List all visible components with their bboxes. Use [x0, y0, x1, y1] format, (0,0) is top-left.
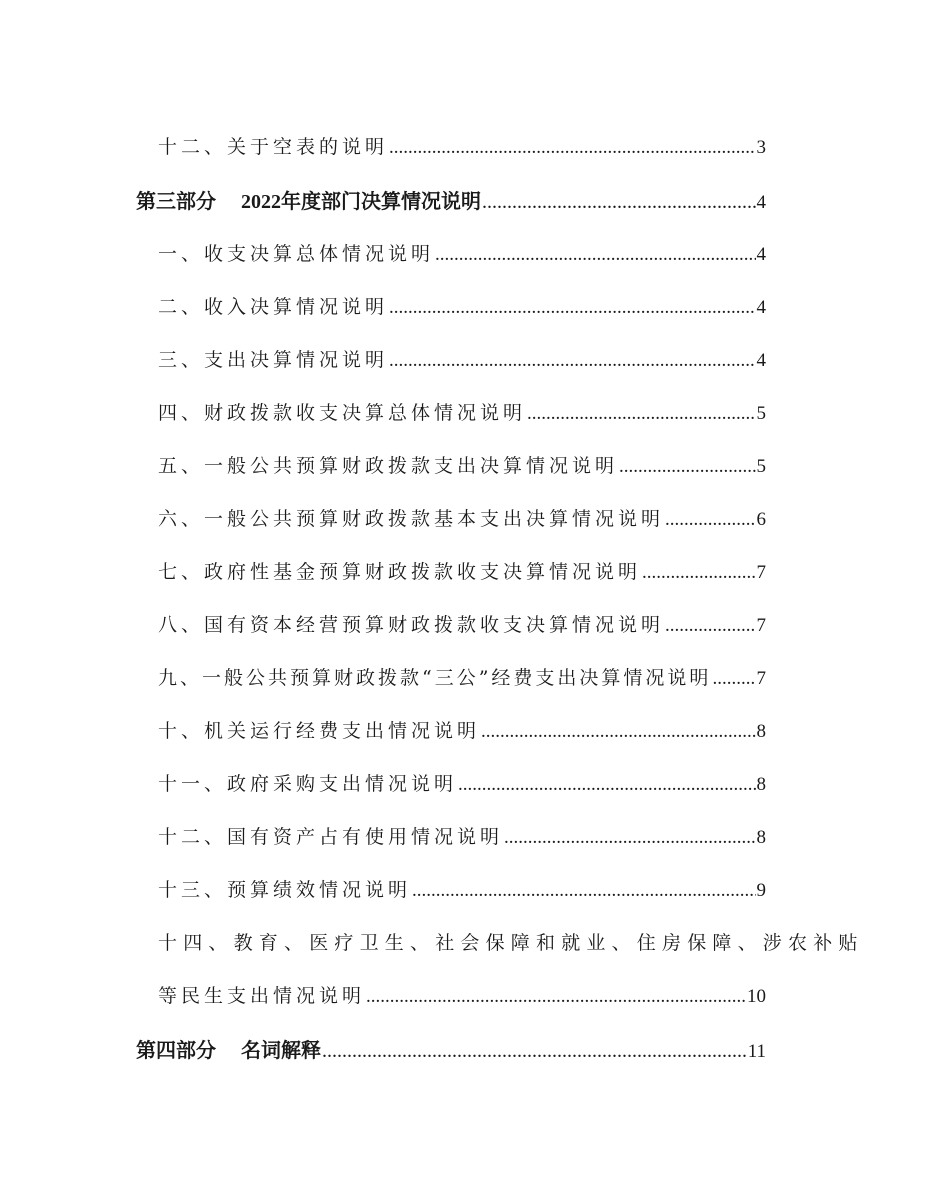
dot-leader: [504, 826, 755, 849]
toc-entry-label: 四、财政拨款收支决算总体情况说明: [158, 398, 526, 425]
toc-entry-label: 十三、预算绩效情况说明: [158, 875, 411, 902]
toc-part-heading[interactable]: 第四部分 名词解释 11: [136, 1034, 766, 1063]
toc-entry[interactable]: 十二、国有资产占有使用情况说明 8: [158, 822, 766, 849]
toc-entry-page: 10: [747, 986, 766, 1008]
toc-entry-label: 十一、政府采购支出情况说明: [158, 769, 457, 796]
toc-entry-label: 一、收支决算总体情况说明: [158, 239, 434, 266]
dot-leader: [712, 667, 755, 690]
toc-entry[interactable]: 十、机关运行经费支出情况说明 8: [158, 716, 766, 743]
dot-leader: [665, 508, 755, 531]
toc-entry-page: 5: [757, 403, 767, 425]
toc-part-heading[interactable]: 第三部分 2022年度部门决算情况说明 4: [136, 185, 766, 214]
dot-leader: [665, 614, 755, 637]
dot-leader: [458, 773, 755, 796]
toc-entry-label: 九、一般公共预算财政拨款“三公”经费支出决算情况说明: [158, 663, 711, 690]
toc-entry-page: 4: [757, 350, 767, 372]
toc-entry-label: 五、一般公共预算财政拨款支出决算情况说明: [158, 451, 618, 478]
toc-entry-page: 8: [757, 774, 767, 796]
toc-entry[interactable]: 十三、预算绩效情况说明 9: [158, 875, 766, 902]
toc-entry[interactable]: 四、财政拨款收支决算总体情况说明 5: [158, 398, 766, 425]
toc-entry-page: 11: [748, 1041, 766, 1063]
toc-entry-page: 6: [757, 509, 767, 531]
toc-entry-label: 等民生支出情况说明: [158, 981, 365, 1008]
toc-entry[interactable]: 五、一般公共预算财政拨款支出决算情况说明 5: [158, 451, 766, 478]
dot-leader: [527, 402, 755, 425]
toc-entry-page: 8: [757, 827, 767, 849]
dot-leader: [412, 879, 755, 902]
toc-entry-wrapped-line2[interactable]: 等民生支出情况说明 10: [158, 981, 766, 1008]
dot-leader: [435, 243, 755, 266]
toc-entry-page: 7: [757, 668, 767, 690]
toc-entry-label: 十四、教育、医疗卫生、社会保障和就业、住房保障、涉农补贴: [158, 928, 864, 955]
dot-leader: [389, 296, 755, 319]
toc-entry-label: 三、支出决算情况说明: [158, 345, 388, 372]
toc-entry-page: 5: [757, 456, 767, 478]
toc-entry[interactable]: 三、支出决算情况说明 4: [158, 345, 766, 372]
toc-entry-page: 8: [757, 721, 767, 743]
toc-entry[interactable]: 七、政府性基金预算财政拨款收支决算情况说明 7: [158, 557, 766, 584]
toc-entry[interactable]: 六、一般公共预算财政拨款基本支出决算情况说明 6: [158, 504, 766, 531]
toc-entry[interactable]: 二、收入决算情况说明 4: [158, 292, 766, 319]
toc-entry[interactable]: 十二、关于空表的说明 3: [158, 132, 766, 159]
toc-entry-label: 八、国有资本经营预算财政拨款收支决算情况说明: [158, 610, 664, 637]
toc-entry-page: 4: [757, 192, 767, 214]
dot-leader: [482, 191, 756, 214]
dot-leader: [322, 1040, 747, 1063]
toc-entry-page: 3: [757, 137, 767, 159]
toc-entry-page: 4: [757, 297, 767, 319]
toc-entry-page: 7: [757, 562, 767, 584]
toc-entry-label: 七、政府性基金预算财政拨款收支决算情况说明: [158, 557, 641, 584]
toc-entry[interactable]: 十一、政府采购支出情况说明 8: [158, 769, 766, 796]
dot-leader: [619, 455, 755, 478]
toc-entry-label: 二、收入决算情况说明: [158, 292, 388, 319]
toc-entry-label: 六、一般公共预算财政拨款基本支出决算情况说明: [158, 504, 664, 531]
toc-entry-page: 9: [757, 880, 767, 902]
dot-leader: [389, 136, 755, 159]
dot-leader: [389, 349, 755, 372]
toc-entry-page: 4: [757, 244, 767, 266]
toc-entry-label: 十二、关于空表的说明: [158, 132, 388, 159]
toc-entry[interactable]: 一、收支决算总体情况说明 4: [158, 239, 766, 266]
dot-leader: [481, 720, 755, 743]
toc-entry-label: 第四部分 名词解释: [136, 1034, 321, 1063]
toc-entry-label: 第三部分 2022年度部门决算情况说明: [136, 185, 481, 214]
toc-entry[interactable]: 九、一般公共预算财政拨款“三公”经费支出决算情况说明 7: [158, 663, 766, 690]
dot-leader: [366, 985, 746, 1008]
dot-leader: [642, 561, 755, 584]
toc-entry-label: 十、机关运行经费支出情况说明: [158, 716, 480, 743]
toc-entry-page: 7: [757, 615, 767, 637]
toc-entry-wrapped-line1[interactable]: 十四、教育、医疗卫生、社会保障和就业、住房保障、涉农补贴: [158, 928, 808, 955]
toc-entry[interactable]: 八、国有资本经营预算财政拨款收支决算情况说明 7: [158, 610, 766, 637]
toc-entry-label: 十二、国有资产占有使用情况说明: [158, 822, 503, 849]
